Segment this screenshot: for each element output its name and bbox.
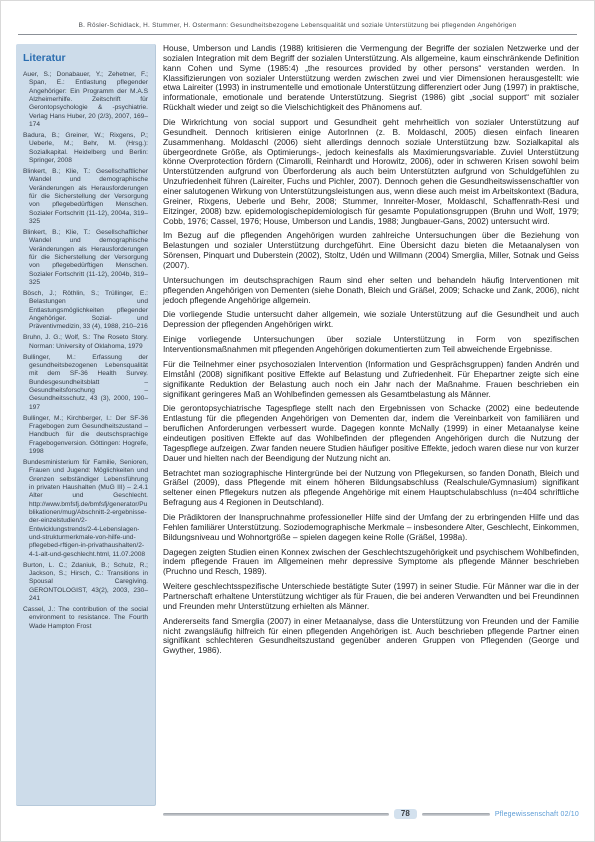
- body-paragraph: Dagegen zeigten Studien einen Konnex zwi…: [163, 548, 579, 578]
- paper-page: B. Rösler-Schidlack, H. Stummer, H. Oste…: [0, 0, 595, 842]
- body-paragraph: Andererseits fand Smerglia (2007) in ein…: [163, 617, 579, 656]
- reference-item: Bundesministerium für Familie, Senioren,…: [23, 459, 148, 559]
- literature-title: Literatur: [23, 52, 148, 64]
- body-paragraph: Die gerontopsychiatrische Tagespflege st…: [163, 404, 579, 463]
- running-header: B. Rösler-Schidlack, H. Stummer, H. Oste…: [18, 22, 577, 29]
- journal-label: Pflegewissenschaft 02/10: [495, 811, 579, 818]
- reference-item: Bullinger, M.; Kirchberger, I.: Der SF-3…: [23, 415, 148, 457]
- body-paragraph: Die vorliegende Studie untersucht daher …: [163, 310, 579, 330]
- reference-item: Blinkert, B.; Klie, T.: Gesellschaftlich…: [23, 168, 148, 227]
- body-paragraph: Untersuchungen im deutschsprachigen Raum…: [163, 276, 579, 306]
- reference-item: Badura, B.; Greiner, W.; Rixgens, P.; Ue…: [23, 132, 148, 165]
- header-rule: [18, 34, 577, 35]
- body-paragraph: Einige vorliegende Untersuchungen über s…: [163, 335, 579, 355]
- page-number: 78: [394, 809, 417, 820]
- body-paragraph: Die Wirkrichtung von social support und …: [163, 118, 579, 226]
- reference-item: Blinkert, B.; Klie, T.: Gesellschaftlich…: [23, 229, 148, 288]
- body-paragraph: Betrachtet man soziographische Hintergrü…: [163, 469, 579, 508]
- reference-list: Auer, S.; Donabauer, Y.; Zehetner, F.; S…: [23, 71, 148, 631]
- reference-item: Burton, L. C.; Zdaniuk, B.; Schulz, R.; …: [23, 562, 148, 604]
- body-paragraph: Für die Teilnehmer einer psychosozialen …: [163, 360, 579, 399]
- body-paragraph: Weitere geschlechtsspezifische Unterschi…: [163, 582, 579, 612]
- page-footer: 78 Pflegewissenschaft 02/10: [163, 808, 579, 820]
- footer-rule-left: [163, 813, 389, 816]
- body-paragraph: Die Prädiktoren der Inanspruchnahme prof…: [163, 513, 579, 543]
- body-paragraph: House, Umberson und Landis (1988) kritis…: [163, 44, 579, 113]
- reference-item: Bruhn, J. G.; Wolf, S.: The Roseto Story…: [23, 334, 148, 351]
- literature-sidebar: Literatur Auer, S.; Donabauer, Y.; Zehet…: [16, 44, 156, 806]
- reference-item: Bullinger, M.: Erfassung der gesundheits…: [23, 354, 148, 413]
- footer-rule-right: [422, 813, 490, 816]
- body-paragraph: Im Bezug auf die pflegenden Angehörigen …: [163, 231, 579, 270]
- article-body: House, Umberson und Landis (1988) kritis…: [163, 44, 579, 661]
- reference-item: Auer, S.; Donabauer, Y.; Zehetner, F.; S…: [23, 71, 148, 130]
- reference-item: Bösch, J.; Röthlin, S.; Trüllinger, E.: …: [23, 290, 148, 332]
- reference-item: Cassel, J.: The contribution of the soci…: [23, 606, 148, 631]
